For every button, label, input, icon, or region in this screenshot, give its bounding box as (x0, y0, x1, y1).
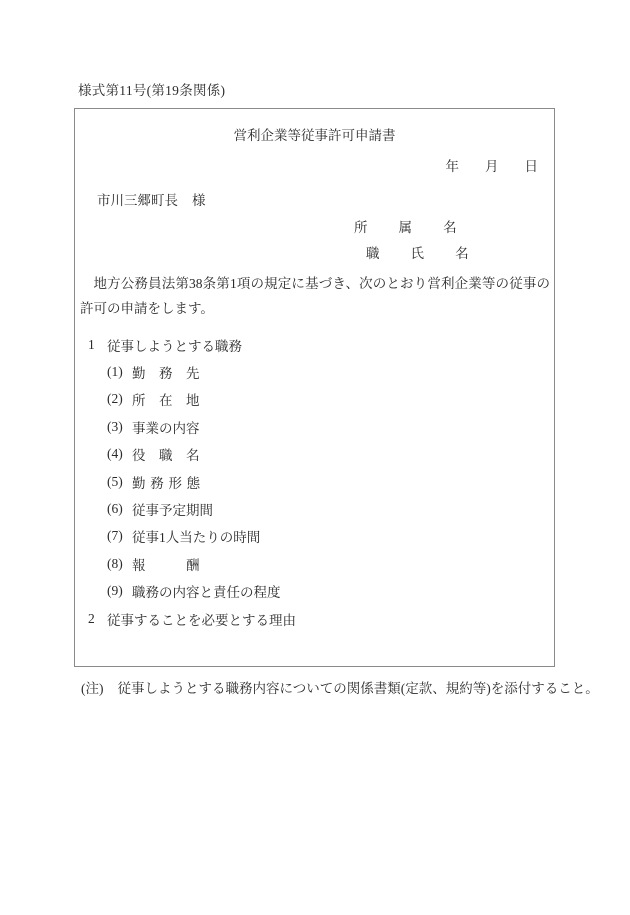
attachment-note: (注) 従事しようとする職務内容についての関係書類(定款、規約等)を添付すること… (81, 677, 599, 697)
item-1-6-number: (6) (107, 501, 132, 517)
attachment-note-text: 従事しようとする職務内容についての関係書類(定款、規約等)を添付すること。 (118, 677, 599, 697)
item-1-3: (3) 事業の内容 (88, 413, 548, 440)
date-line: 年 月 日 (446, 155, 539, 175)
item-1-4: (4) 役職名 (88, 441, 548, 468)
item-1-7-number: (7) (107, 528, 132, 544)
item-1-7: (7) 従事1人当たりの時間 (88, 523, 548, 550)
form-title: 営利企業等従事許可申請書 (75, 124, 554, 144)
item-1-1-number: (1) (107, 364, 132, 380)
item-1-5-label: 勤務形態 (132, 472, 205, 492)
item-1-8: (8) 報酬 (88, 550, 548, 577)
item-1-3-number: (3) (107, 419, 132, 435)
item-1-8-number: (8) (107, 556, 132, 572)
item-1-number: 1 (88, 337, 107, 353)
attachment-note-label: (注) (81, 677, 104, 697)
item-1-5: (5) 勤務形態 (88, 468, 548, 495)
affiliation-label: 所属名 (354, 216, 488, 236)
item-1-5-number: (5) (107, 474, 132, 490)
item-1-8-label: 報酬 (132, 554, 240, 574)
item-1-2-label: 所在地 (132, 389, 213, 409)
item-2-number: 2 (88, 611, 107, 627)
item-1-6-label: 従事予定期間 (132, 499, 213, 519)
item-1-2-number: (2) (107, 391, 132, 407)
item-1-6: (6) 従事予定期間 (88, 495, 548, 522)
document-page: { "doc": { "form_number": "様式第11号(第19条関係… (0, 0, 630, 915)
item-1-1: (1) 勤務先 (88, 358, 548, 385)
item-1-2: (2) 所在地 (88, 386, 548, 413)
item-2-label: 従事することを必要とする理由 (107, 609, 296, 629)
form-box: 営利企業等従事許可申請書 年 月 日 市川三郷町長 様 所属名 職氏名 地方公務… (74, 108, 555, 667)
addressee-line: 市川三郷町長 様 (97, 189, 206, 209)
item-2: 2 従事することを必要とする理由 (88, 605, 548, 632)
item-1-4-number: (4) (107, 446, 132, 462)
item-1-9-number: (9) (107, 583, 132, 599)
date-day-label: 日 (525, 155, 539, 175)
date-year-label: 年 (446, 155, 460, 175)
item-1-4-label: 役職名 (132, 444, 213, 464)
date-month-label: 月 (485, 155, 499, 175)
application-statement: 地方公務員法第38条第1項の規定に基づき、次のとおり営利企業等の従事の許可の申請… (80, 271, 550, 321)
position-name-label: 職氏名 (366, 242, 500, 262)
addressee-honorific: 様 (192, 189, 206, 209)
job-items-list: 1 従事しようとする職務 (1) 勤務先 (2) 所在地 (3) 事業の内容 (… (88, 331, 548, 632)
item-1-1-label: 勤務先 (132, 362, 213, 382)
form-number-label: 様式第11号(第19条関係) (78, 79, 225, 99)
item-1-9-label: 職務の内容と責任の程度 (132, 581, 281, 601)
item-1: 1 従事しようとする職務 (88, 331, 548, 358)
item-1-3-label: 事業の内容 (132, 417, 200, 437)
item-1-9: (9) 職務の内容と責任の程度 (88, 578, 548, 605)
item-1-label: 従事しようとする職務 (107, 335, 242, 355)
addressee-name: 市川三郷町長 (97, 189, 178, 209)
item-1-7-label: 従事1人当たりの時間 (132, 526, 260, 546)
